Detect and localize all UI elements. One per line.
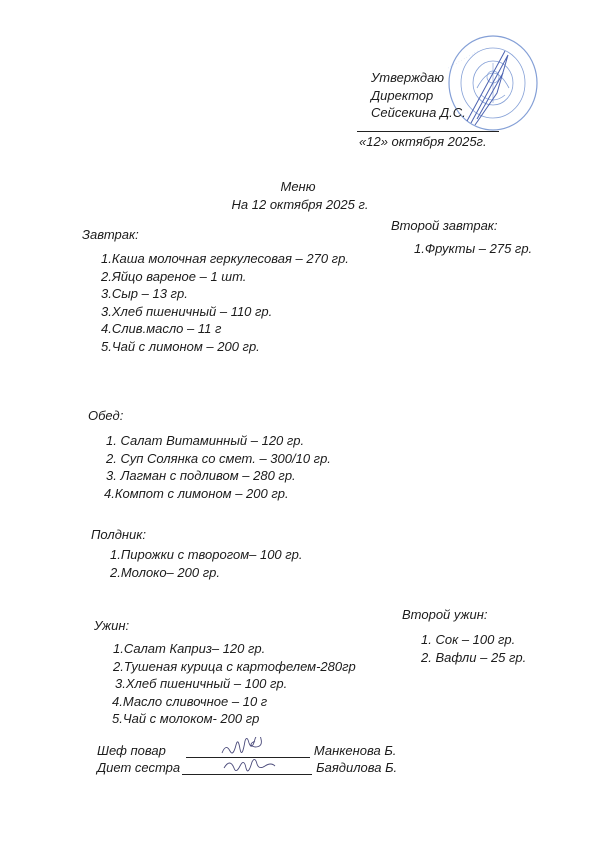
svg-text:· · · · · · · · · · · ·: · · · · · · · · · · · · [447,48,480,71]
list-item: 5.Чай с лимоном – 200 гр. [101,338,349,356]
list-item: 2.Молоко– 200 гр. [110,564,303,582]
signature-name: Манкенова Б. [314,743,397,758]
signature-line [357,122,499,132]
list-item: 2. Вафли – 25 гр. [421,649,526,667]
breakfast-heading: Завтрак: [82,226,139,244]
list-item: 3.Хлеб пшеничный – 110 гр. [101,303,349,321]
list-item: 5.Чай с молоком- 200 гр [112,710,356,728]
list-item: 4.Масло сливочное – 10 г [112,693,356,711]
dinner-list: 1.Салат Каприз– 120 гр. 2.Тушеная курица… [113,640,356,728]
list-item: 1.Каша молочная геркулесовая – 270 гр. [101,250,349,268]
signature-name: Баядилова Б. [316,760,397,775]
list-item: 3.Хлеб пшеничный – 100 гр. [115,675,356,693]
list-item: 2.Яйцо вареное – 1 шт. [101,268,349,286]
list-item: 4.Слив.масло – 11 г [101,320,349,338]
signatures-block: Шеф повар Манкенова Б. Диет сестра Баяди… [97,741,397,775]
lunch-heading: Обед: [88,407,123,425]
signature-row-diet-nurse: Диет сестра Баядилова Б. [97,758,397,775]
list-item: 1. Салат Витаминный – 120 гр. [106,432,331,450]
list-item: 4.Компот с лимоном – 200 гр. [104,485,331,503]
menu-header: Меню На 12 октября 2025 г. [0,178,600,213]
afternoon-snack-heading: Полдник: [91,526,146,544]
dinner-heading: Ужин: [94,617,129,635]
list-item: 1. Сок – 100 гр. [421,631,526,649]
signature-line [182,760,312,775]
second-breakfast-heading: Второй завтрак: [391,217,498,235]
list-item: 2.Тушеная курица с картофелем-280гр [113,658,356,676]
list-item: 3.Сыр – 13 гр. [101,285,349,303]
director-position: Директор [371,87,499,105]
list-item: 1.Салат Каприз– 120 гр. [113,640,356,658]
list-item: 3. Лагман с подливом – 280 гр. [106,467,331,485]
page-title: Меню [0,178,600,196]
second-breakfast-list: 1.Фрукты – 275 гр. [414,240,532,258]
breakfast-list: 1.Каша молочная геркулесовая – 270 гр. 2… [101,250,349,355]
list-item: 1.Пирожки с творогом– 100 гр. [110,546,303,564]
approval-date: «12» октября 2025г. [359,133,499,151]
signature-role: Диет сестра [97,760,180,775]
second-dinner-heading: Второй ужин: [402,606,487,624]
approval-block: Утверждаю Директор Сейсекина Д.С. «12» о… [371,69,499,150]
list-item: 1.Фрукты – 275 гр. [414,240,532,258]
list-item: 2. Суп Солянка со смет. – 300/10 гр. [106,450,331,468]
afternoon-snack-list: 1.Пирожки с творогом– 100 гр. 2.Молоко– … [110,546,303,581]
menu-date: На 12 октября 2025 г. [0,196,600,214]
second-dinner-list: 1. Сок – 100 гр. 2. Вафли – 25 гр. [421,631,526,666]
lunch-list: 1. Салат Витаминный – 120 гр. 2. Суп Сол… [106,432,331,502]
approve-label: Утверждаю [371,69,499,87]
handwritten-signature-icon [222,756,278,776]
director-name: Сейсекина Д.С. [371,104,499,122]
signature-role: Шеф повар [97,743,166,758]
